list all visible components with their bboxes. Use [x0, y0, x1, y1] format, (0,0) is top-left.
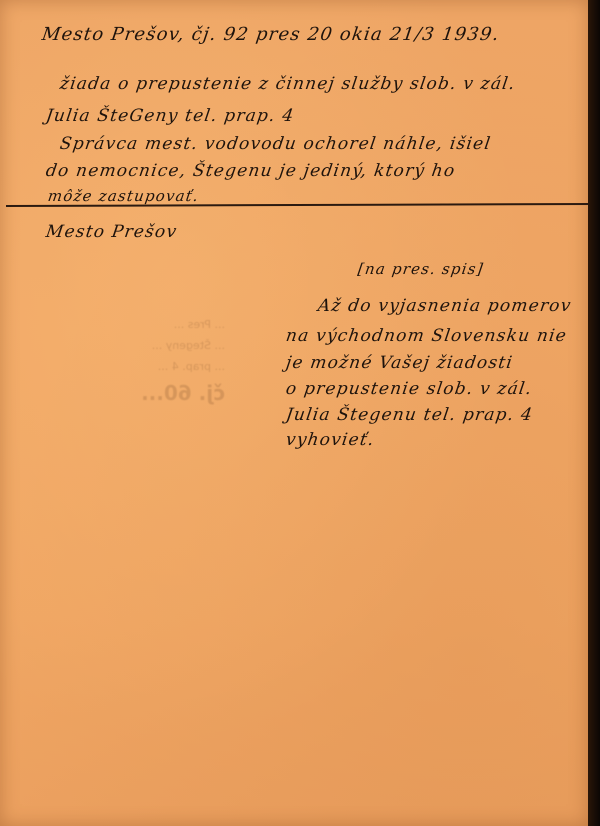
- bleed-through-stamp: ... Pres ... ... Štegeny ... ... prap. 4…: [55, 318, 225, 408]
- reply-line-2: na východnom Slovensku nie: [285, 326, 569, 346]
- header-line-5: môže zastupovať.: [47, 187, 201, 205]
- reply-line-3: je možné Vašej žiadosti: [285, 353, 515, 373]
- reply-line-5: Julia Štegenu tel. prap. 4: [285, 405, 535, 425]
- reply-line-1: Až do vyjasnenia pomerov: [317, 296, 573, 316]
- bleed-line: ... Štegeny ...: [55, 339, 225, 352]
- document-page: Mesto Prešov, čj. 92 pres 20 okia 21/3 1…: [0, 0, 588, 826]
- header-title-line: Mesto Prešov, čj. 92 pres 20 okia 21/3 1…: [41, 24, 502, 45]
- bleed-line: ... prap. 4 ...: [55, 360, 225, 373]
- bleed-line: čj. 60...: [55, 381, 225, 405]
- header-line-3: Správca mest. vodovodu ochorel náhle, iš…: [59, 134, 493, 154]
- reply-note: [na pres. spis]: [357, 260, 485, 278]
- header-line-1: žiada o prepustenie z činnej služby slob…: [59, 74, 517, 94]
- header-line-4: do nemocnice, Štegenu je jediný, ktorý h…: [45, 161, 457, 181]
- reply-line-4: o prepustenie slob. v zál.: [285, 379, 534, 399]
- scan-edge-shadow: [588, 0, 600, 826]
- reply-line-6: vyhovieť.: [285, 430, 376, 450]
- bleed-line: ... Pres ...: [55, 318, 225, 331]
- reply-addressee: Mesto Prešov: [45, 222, 179, 242]
- header-line-2: Julia ŠteGeny tel. prap. 4: [45, 106, 296, 126]
